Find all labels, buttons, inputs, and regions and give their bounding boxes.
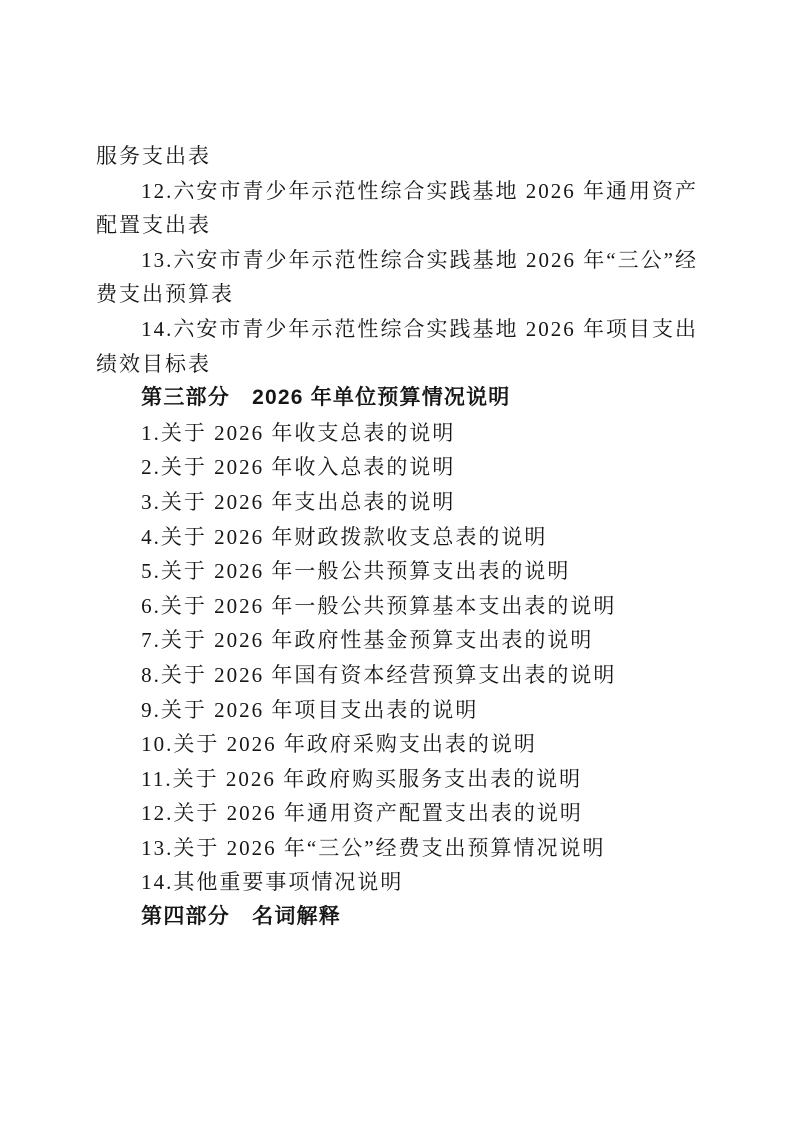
- toc-entry: 4.关于 2026 年财政拨款收支总表的说明: [96, 520, 698, 555]
- toc-entry: 2.关于 2026 年收入总表的说明: [96, 450, 698, 485]
- toc-entry: 14.六安市青少年示范性综合实践基地 2026 年项目支出绩效目标表: [96, 312, 698, 381]
- toc-entry: 10.关于 2026 年政府采购支出表的说明: [96, 727, 698, 762]
- toc-entry: 8.关于 2026 年国有资本经营预算支出表的说明: [96, 658, 698, 693]
- toc-entry: 3.关于 2026 年支出总表的说明: [96, 485, 698, 520]
- toc-entry: 7.关于 2026 年政府性基金预算支出表的说明: [96, 623, 698, 658]
- toc-entry: 9.关于 2026 年项目支出表的说明: [96, 693, 698, 728]
- section-heading-part4: 第四部分 名词解释: [96, 900, 698, 935]
- toc-entry-continuation: 服务支出表: [96, 139, 698, 174]
- toc-entry: 12.六安市青少年示范性综合实践基地 2026 年通用资产配置支出表: [96, 174, 698, 243]
- toc-entry: 5.关于 2026 年一般公共预算支出表的说明: [96, 554, 698, 589]
- document-page: 服务支出表 12.六安市青少年示范性综合实践基地 2026 年通用资产配置支出表…: [0, 0, 793, 1122]
- toc-entry: 11.关于 2026 年政府购买服务支出表的说明: [96, 762, 698, 797]
- toc-entry: 12.关于 2026 年通用资产配置支出表的说明: [96, 796, 698, 831]
- toc-entry: 1.关于 2026 年收支总表的说明: [96, 416, 698, 451]
- toc-entry: 13.六安市青少年示范性综合实践基地 2026 年“三公”经费支出预算表: [96, 243, 698, 312]
- toc-entry: 6.关于 2026 年一般公共预算基本支出表的说明: [96, 589, 698, 624]
- section-heading-part3: 第三部分 2026 年单位预算情况说明: [96, 381, 698, 416]
- toc-entry: 14.其他重要事项情况说明: [96, 865, 698, 900]
- toc-entry: 13.关于 2026 年“三公”经费支出预算情况说明: [96, 831, 698, 866]
